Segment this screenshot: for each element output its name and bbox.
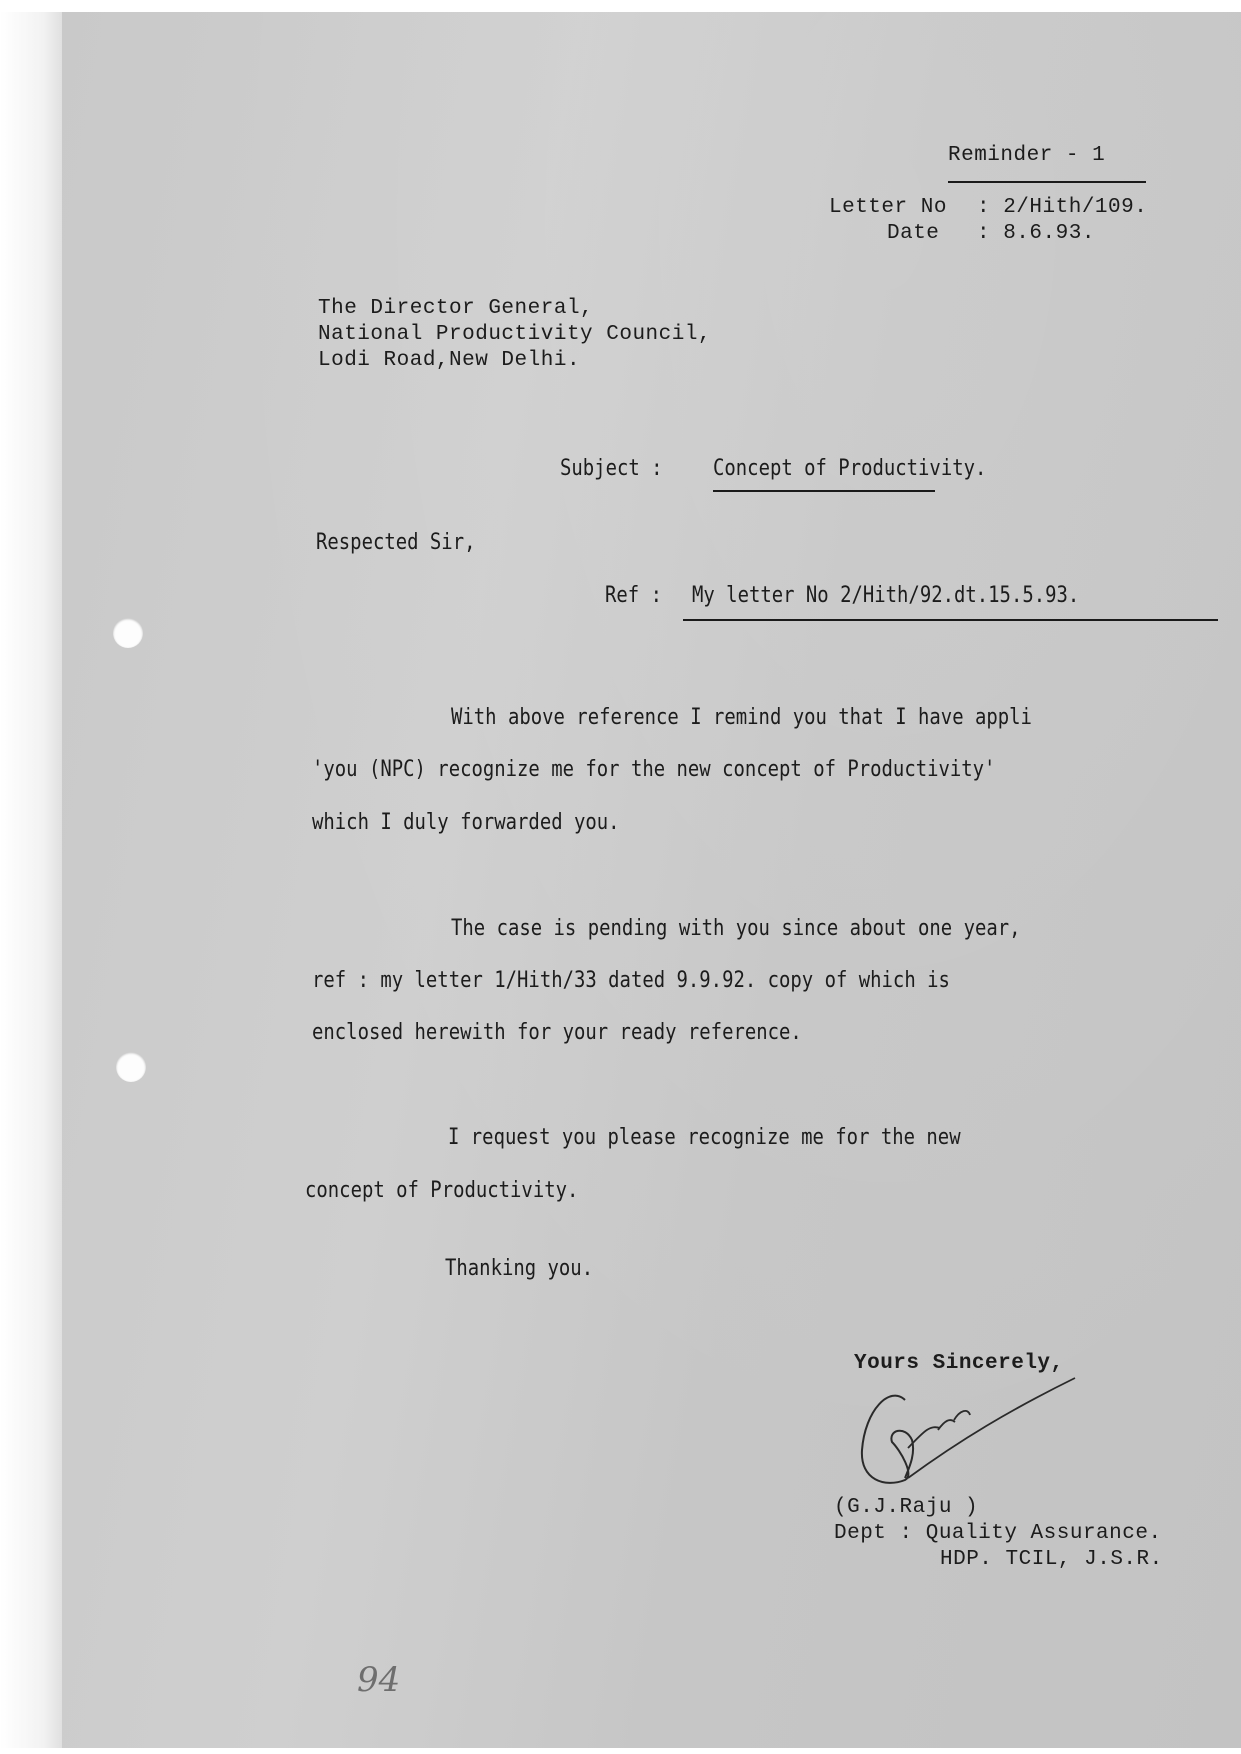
- signatory-dept: Dept : Quality Assurance.: [834, 1522, 1162, 1545]
- body-para1-line3: which I duly forwarded you.: [312, 810, 620, 835]
- subject-underline: [713, 490, 935, 492]
- salutation: Respected Sir,: [316, 530, 475, 555]
- handwritten-signature: [850, 1370, 1090, 1500]
- body-para2-line2: ref : my letter 1/Hith/33 dated 9.9.92. …: [312, 968, 950, 993]
- subject-text: Concept of Productivity.: [713, 456, 986, 481]
- subject-label: Subject :: [560, 456, 663, 481]
- reference-underline: [683, 619, 1218, 621]
- body-para2-line3: enclosed herewith for your ready referen…: [312, 1020, 802, 1045]
- closing-thanks: Thanking you.: [445, 1256, 593, 1281]
- handwritten-page-number: 94: [357, 1660, 400, 1700]
- signatory-name: (G.J.Raju ): [834, 1496, 978, 1519]
- recipient-line-1: The Director General,: [318, 297, 593, 320]
- reference-label: Ref :: [605, 583, 662, 608]
- body-para3-line1: I request you please recognize me for th…: [448, 1125, 961, 1150]
- punch-hole-top: [113, 618, 143, 648]
- body-para1-line1: With above reference I remind you that I…: [451, 705, 1032, 730]
- body-para2-line1: The case is pending with you since about…: [451, 916, 1021, 941]
- date-label: Date: [887, 222, 939, 245]
- signatory-org: HDP. TCIL, J.S.R.: [940, 1548, 1163, 1571]
- recipient-line-2: National Productivity Council,: [318, 323, 711, 346]
- date-value: : 8.6.93.: [977, 222, 1095, 245]
- scan-margin: [0, 12, 62, 1748]
- reminder-label: Reminder - 1: [948, 144, 1105, 167]
- body-para3-line2: concept of Productivity.: [305, 1178, 578, 1203]
- punch-hole-bottom: [116, 1052, 146, 1082]
- reminder-underline: [948, 181, 1146, 183]
- body-para1-line2: 'you (NPC) recognize me for the new conc…: [312, 757, 995, 782]
- reference-text: My letter No 2/Hith/92.dt.15.5.93.: [692, 583, 1079, 608]
- letter-no-label: Letter No: [829, 196, 947, 219]
- letter-no-value: : 2/Hith/109.: [977, 196, 1147, 219]
- recipient-line-3: Lodi Road,New Delhi.: [318, 349, 580, 372]
